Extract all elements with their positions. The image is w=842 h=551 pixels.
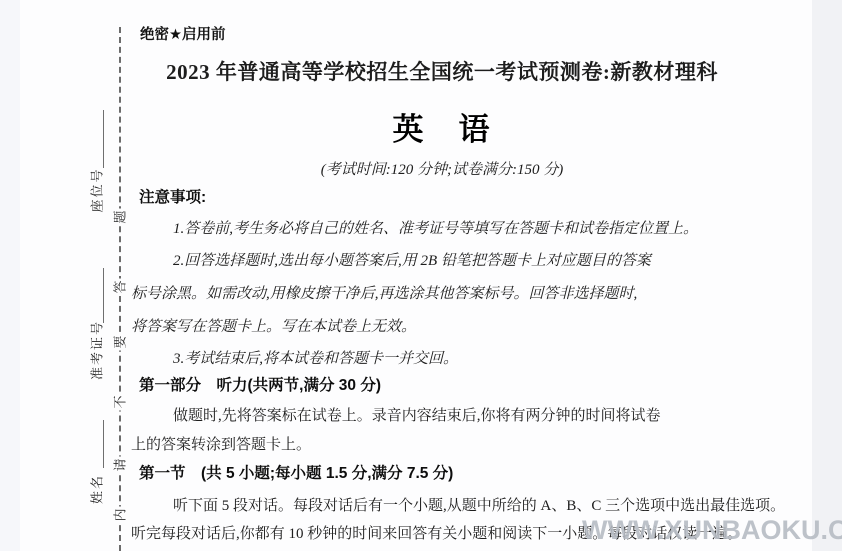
- scanned-exam-page: 题 答 要 不 请 内 座位号 准考证号 姓名 绝密★启用前 2023 年普通高…: [0, 0, 842, 551]
- seal-char: 内: [113, 506, 128, 523]
- section1-heading: 第一节 (共 5 小题;每小题 1.5 分,满分 7.5 分): [131, 464, 817, 484]
- seal-char: 答: [113, 278, 128, 295]
- notice-heading: 注意事项:: [131, 188, 817, 208]
- notice-item-1: 1.答卷前,考生务必将自己的姓名、准考证号等填写在答题卡和试卷指定位置上。: [131, 219, 809, 239]
- ticket-number-blank-line: [103, 268, 104, 323]
- part1-intro-line-1: 做题时,先将答案标在试卷上。录音内容结束后,你将有两分钟的时间将试卷: [131, 406, 809, 426]
- notice-item-2-line-2: 标号涂黑。如需改动,用橡皮擦干净后,再选涂其他答案标号。回答非选择题时,: [131, 284, 809, 304]
- section1-line-1: 听下面 5 段对话。每段对话后有一个小题,从题中所给的 A、B、C 三个选项中选…: [131, 496, 809, 516]
- notice-item-3: 3.考试结束后,将本试卷和答题卡一并交回。: [131, 349, 809, 369]
- part1-heading: 第一部分 听力(共两节,满分 30 分): [131, 376, 817, 396]
- seal-char: 不: [113, 393, 128, 410]
- seat-number-label: 座位号: [87, 167, 106, 212]
- part1-intro-line-2: 上的答案转涂到答题卡上。: [131, 435, 809, 455]
- seat-number-blank-line: [103, 110, 104, 168]
- notice-item-2-line-3: 将答案写在答题卡上。写在本试卷上无效。: [131, 317, 809, 337]
- exam-time-score-info: (考试时间:120 分钟;试卷满分:150 分): [112, 158, 772, 179]
- paper-title: 2023 年普通高等学校招生全国统一考试预测卷:新教材理科: [112, 56, 772, 86]
- name-label: 姓名: [87, 474, 106, 504]
- seal-char: 请: [113, 456, 128, 473]
- site-watermark: www.Xunbaoku.com: [582, 515, 842, 546]
- secret-classification-label: 绝密★启用前: [140, 23, 226, 44]
- scan-left-edge: [0, 0, 20, 551]
- name-blank-line: [103, 420, 104, 468]
- seal-char: 题: [113, 208, 128, 225]
- ticket-number-label: 准考证号: [87, 320, 106, 380]
- seal-char: 要: [113, 333, 128, 350]
- notice-item-2-line-1: 2.回答选择题时,选出每小题答案后,用 2B 铅笔把答题卡上对应题目的答案: [131, 251, 809, 271]
- subject-title: 英 语: [112, 104, 772, 149]
